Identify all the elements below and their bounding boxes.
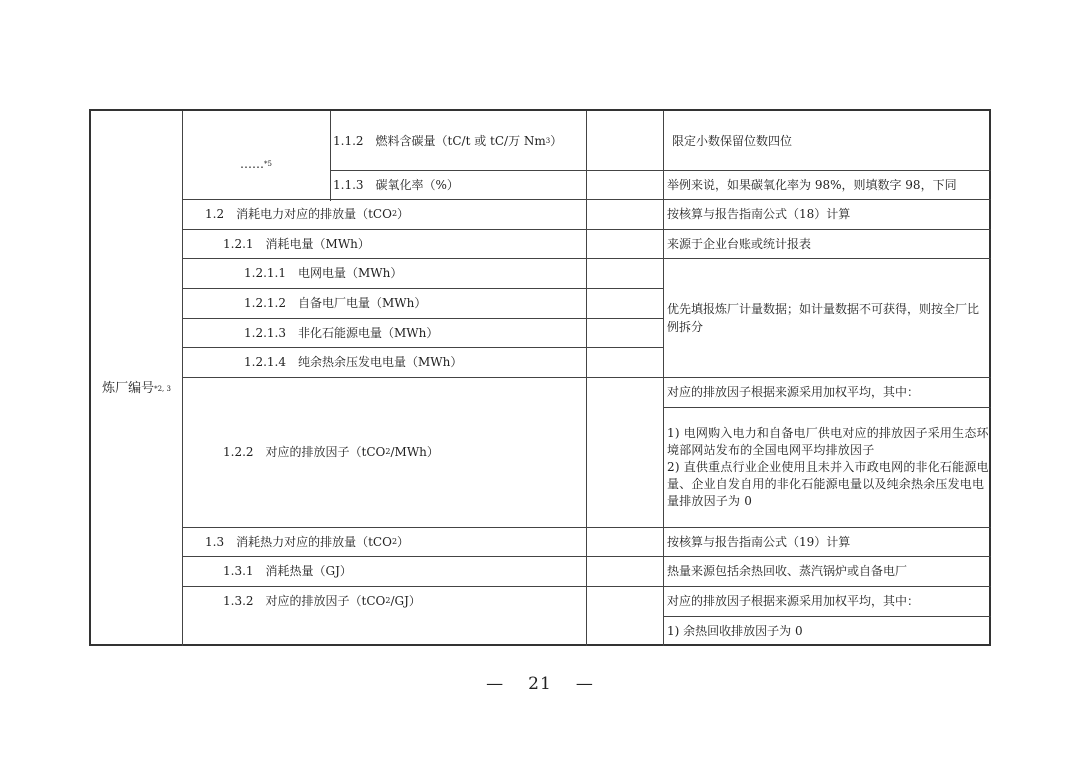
item-text: 1.1.3 碳氧化率（%） <box>333 176 459 194</box>
note-text: 限定小数保留位数四位 <box>672 132 792 150</box>
value-input-1-2-1-4[interactable] <box>587 347 663 377</box>
value-input-1-2[interactable] <box>587 199 663 229</box>
ellipsis-text: …… <box>240 155 264 173</box>
value-input-1-3-2[interactable] <box>587 586 663 646</box>
dash-left: — <box>486 674 504 694</box>
item-1-1-3: 1.1.3 碳氧化率（%） <box>331 170 586 199</box>
value-input-1-1-3[interactable] <box>587 170 663 199</box>
item-1-1-2: 1.1.2 燃料含碳量（tC/t 或 tC/万 Nm3） <box>331 111 586 170</box>
dash-right: — <box>576 674 594 694</box>
note-1-1-2: 限定小数保留位数四位 <box>664 111 991 170</box>
item-text: 1.3.2 对应的排放因子（tCO <box>223 592 385 610</box>
note-text: 优先填报炼厂计量数据；如计量数据不可获得，则按全厂比例拆分 <box>667 300 989 336</box>
note-1-3: 按核算与报告指南公式（19）计算 <box>664 527 991 556</box>
note-text: 按核算与报告指南公式（18）计算 <box>667 205 850 223</box>
item-text: 1.3 消耗热力对应的排放量（tCO <box>205 533 392 551</box>
note-line-2: 2) 直供重点行业企业使用且未并入市政电网的非化石能源电量、企业自发自用的非化石… <box>667 459 989 510</box>
value-input-1-2-2[interactable] <box>587 377 663 527</box>
note-text: 按核算与报告指南公式（19）计算 <box>667 533 850 551</box>
item-text: 1.2 消耗电力对应的排放量（tCO <box>205 205 392 223</box>
item-text: 1.3.1 消耗热量（GJ） <box>223 562 352 580</box>
item-1-2-2: 1.2.2 对应的排放因子（tCO2/MWh） <box>183 377 586 527</box>
item-text: 1.2.1.1 电网电量（MWh） <box>244 264 402 282</box>
item-1-2-1-3: 1.2.1.3 非化石能源电量（MWh） <box>183 318 586 347</box>
note-1-2-1: 来源于企业台账或统计报表 <box>664 229 991 258</box>
refinery-id-text: 炼厂编号 <box>102 380 154 398</box>
item-text: 1.2.1.3 非化石能源电量（MWh） <box>244 324 438 342</box>
note-1-3-2-body: 1) 余热回收排放因子为 0 <box>664 616 991 646</box>
note-1-2: 按核算与报告指南公式（18）计算 <box>664 199 991 229</box>
item-text: 1.2.2 对应的排放因子（tCO <box>223 443 385 461</box>
refinery-id-label: 炼厂编号*2, 3 <box>91 111 182 646</box>
value-input-1-2-1-1[interactable] <box>587 258 663 288</box>
value-input-1-2-1-3[interactable] <box>587 318 663 347</box>
value-input-1-2-1-2[interactable] <box>587 288 663 318</box>
page-number-footer: —21— <box>0 674 1080 694</box>
note-text: 来源于企业台账或统计报表 <box>667 235 811 253</box>
note-1-2-2-body: 1) 电网购入电力和自备电厂供电对应的排放因子采用生态环境部网站发布的全国电网平… <box>664 407 991 527</box>
note-text: 举例来说，如果碳氧化率为 98%，则填数字 98，下同 <box>667 176 957 194</box>
item-tail: ） <box>397 533 409 551</box>
item-1-3-1: 1.3.1 消耗热量（GJ） <box>183 556 586 586</box>
note-1-3-2-head: 对应的排放因子根据来源采用加权平均，其中： <box>664 586 991 616</box>
note-1-2-2-head: 对应的排放因子根据来源采用加权平均，其中： <box>664 377 991 407</box>
item-tail: /MWh） <box>390 443 438 461</box>
item-1-3: 1.3 消耗热力对应的排放量（tCO2） <box>183 527 586 556</box>
item-tail: ） <box>550 132 562 150</box>
item-text: 1.2.1.2 自备电厂电量（MWh） <box>244 294 426 312</box>
page-number: 21 <box>528 674 552 694</box>
item-tail: ） <box>397 205 409 223</box>
item-text: 1.1.2 燃料含碳量（tC/t 或 tC/万 Nm <box>333 132 546 150</box>
note-1-3-1: 热量来源包括余热回收、蒸汽锅炉或自备电厂 <box>664 556 991 586</box>
value-input-1-1-2[interactable] <box>587 111 663 170</box>
item-1-2-1-1: 1.2.1.1 电网电量（MWh） <box>183 258 586 288</box>
item-1-3-2: 1.3.2 对应的排放因子（tCO2/GJ） <box>183 586 586 616</box>
item-1-2-1-4: 1.2.1.4 纯余热余压发电电量（MWh） <box>183 347 586 377</box>
item-1-2-1-2: 1.2.1.2 自备电厂电量（MWh） <box>183 288 586 318</box>
note-1-1-3: 举例来说，如果碳氧化率为 98%，则填数字 98，下同 <box>664 170 991 199</box>
value-input-1-3[interactable] <box>587 527 663 556</box>
value-input-1-3-1[interactable] <box>587 556 663 586</box>
note-text: 对应的排放因子根据来源采用加权平均，其中： <box>667 592 919 610</box>
note-text: 对应的排放因子根据来源采用加权平均，其中： <box>667 383 919 401</box>
item-1-2: 1.2 消耗电力对应的排放量（tCO2） <box>183 199 586 229</box>
ellipsis-cell: ……*5 <box>182 111 330 199</box>
note-line-1: 1) 余热回收排放因子为 0 <box>667 622 803 640</box>
data-table: 炼厂编号*2, 3 ……*5 1.1.2 燃料含碳量（tC/t 或 tC/万 N… <box>89 109 991 646</box>
item-text: 1.2.1 消耗电量（MWh） <box>223 235 370 253</box>
item-tail: /GJ） <box>390 592 420 610</box>
item-1-2-1: 1.2.1 消耗电量（MWh） <box>183 229 586 258</box>
note-text: 热量来源包括余热回收、蒸汽锅炉或自备电厂 <box>667 562 907 580</box>
note-line-1: 1) 电网购入电力和自备电厂供电对应的排放因子采用生态环境部网站发布的全国电网平… <box>667 425 989 459</box>
document-page: 炼厂编号*2, 3 ……*5 1.1.2 燃料含碳量（tC/t 或 tC/万 N… <box>0 0 1080 763</box>
note-1-2-1-x-merged: 优先填报炼厂计量数据；如计量数据不可获得，则按全厂比例拆分 <box>664 258 991 377</box>
item-text: 1.2.1.4 纯余热余压发电电量（MWh） <box>244 353 462 371</box>
value-input-1-2-1[interactable] <box>587 229 663 258</box>
